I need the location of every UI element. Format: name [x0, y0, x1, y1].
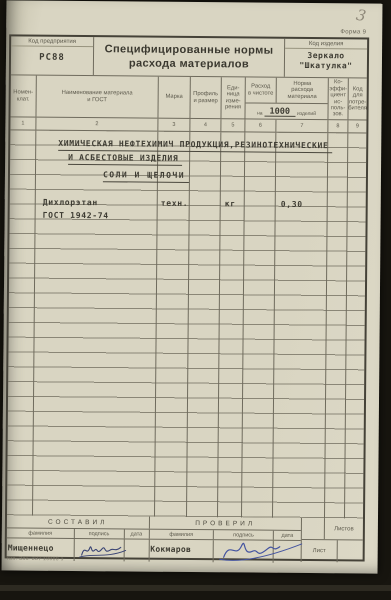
col-header-label: Ко- эффи- циент ис- поль- зов.: [329, 79, 347, 118]
sheet-row: Лист: [302, 540, 363, 563]
empty-cell: [338, 540, 363, 562]
material-name-cell: Дихлорэтан: [43, 199, 98, 207]
checked-by-name-cell: Кокмаров: [149, 540, 214, 563]
col-number: 1: [10, 117, 36, 129]
compiled-by-name: Мищеннецо: [8, 543, 54, 552]
material-gost-cell: ГОСТ 1942-74: [43, 212, 109, 221]
grid-line: [241, 132, 245, 517]
col-header-usage-coefficient: Ко- эффи- циент ис- поль- зов.: [328, 78, 348, 119]
col-header-material-name: Наименование материала и ГОСТ: [36, 76, 158, 118]
col-number: 9: [348, 120, 366, 132]
empty-cell: [302, 518, 325, 539]
sheets-label: Листов: [325, 518, 363, 539]
per-1000-items-band: на 1000 изделий: [245, 102, 327, 119]
compiled-date-cell: [124, 539, 149, 561]
grid-line: [217, 132, 221, 517]
signature-footer: СОСТАВИЛ ПРОВЕРИЛ фамилия подпись дата ф…: [7, 515, 363, 562]
material-unit-cell: кг: [225, 200, 236, 208]
checked-by-name: Кокмаров: [150, 545, 191, 554]
col-header-grade: Марка: [158, 77, 190, 118]
col-header-label: Код для потре- бителя: [348, 86, 366, 112]
signature-footer-left: СОСТАВИЛ ПРОВЕРИЛ фамилия подпись дата ф…: [7, 515, 302, 562]
col-header-label: Профиль и размер: [193, 91, 218, 104]
material-grade-cell: техн.: [161, 200, 189, 208]
handwritten-page-number: 3: [355, 6, 368, 25]
col-header-label: Еди- ница изме- рения: [225, 85, 241, 111]
surname-label: фамилия: [149, 530, 214, 540]
grid-line: [272, 133, 276, 518]
grid-line: [186, 132, 190, 517]
material-norm-cell: 0,30: [281, 201, 303, 209]
signature-label: подпись: [214, 530, 274, 540]
form-header-band: Код предприятия РС88 Специфицированные н…: [11, 36, 367, 78]
per-items-typed-value: 1000: [265, 107, 296, 117]
col-number: 3: [158, 119, 190, 131]
enterprise-code-value: РС88: [11, 52, 93, 63]
sheets-row: Листов: [302, 518, 363, 541]
surname-label: фамилия: [7, 528, 75, 538]
col-header-label: Расход в чистоте: [248, 83, 273, 96]
col-header-consumer-code: Код для потре- бителя: [348, 78, 366, 119]
column-header-row: Номен- клат. Наименование материала и ГО…: [10, 75, 366, 120]
col-header-label: Наименование материала и ГОСТ: [62, 90, 133, 104]
print-imprint: тип. Зак. 337 10000 э: [7, 556, 64, 562]
date-label: дата: [274, 531, 301, 540]
scan-background: 3 Форма 9 Код предприятия РС88 Специфици…: [0, 0, 391, 600]
col-header-label: Норма расхода материала: [288, 81, 317, 101]
title-box: Специфицированные нормы расхода материал…: [94, 37, 284, 77]
sheet-label: Лист: [302, 540, 338, 562]
checked-signature-cell: [214, 540, 274, 563]
col-number: 2: [36, 118, 158, 131]
norms-form-table: Код предприятия РС88 Специфицированные н…: [5, 34, 370, 561]
page-edge-shadow: [0, 585, 391, 591]
per-items-suffix: изделий: [297, 111, 316, 117]
category-heading-line2: И АСБЕСТОВЫЕ ИЗДЕЛИЯ: [68, 154, 182, 166]
col-header-consumption-norm: Норма расхода материала: [277, 78, 328, 103]
enterprise-code-box: Код предприятия РС88: [11, 36, 94, 75]
checked-date-cell: [274, 541, 301, 563]
sheet-count-block: Листов Лист: [302, 518, 363, 563]
col-header-consumption-group: Расход в чистоте Норма расхода материала…: [245, 77, 328, 119]
grid-line: [32, 131, 36, 516]
col-header-nomenclature: Номен- клат.: [10, 75, 36, 116]
grid-line: [154, 132, 158, 517]
compiled-signature-cell: [74, 539, 124, 561]
document-paper: 3 Форма 9 Код предприятия РС88 Специфици…: [2, 0, 383, 573]
col-number: 6: [245, 119, 276, 131]
col-number: 8: [328, 120, 348, 132]
compiled-by-label: СОСТАВИЛ: [7, 515, 150, 528]
signature-label: подпись: [75, 529, 125, 538]
document-title: Специфицированные нормы расхода материал…: [94, 42, 284, 72]
date-label: дата: [124, 529, 149, 538]
table-body-grid: ХИМИЧЕСКАЯ НЕФТЕХИМИЧ ПРОДУКЦИЯ,РЕЗИНОТЕ…: [7, 130, 366, 518]
grid-line: [344, 133, 348, 518]
col-header-label: Марка: [166, 94, 183, 101]
col-header-unit: Еди- ница изме- рения: [221, 77, 245, 118]
col-number: 4: [190, 119, 221, 131]
col-header-profile-size: Профиль и размер: [190, 77, 221, 118]
grid-line: [324, 133, 328, 518]
col-header-label: Номен- клат.: [13, 89, 33, 102]
enterprise-code-label: Код предприятия: [11, 36, 93, 47]
subcategory-heading: СОЛИ И ЩЕЛОЧИ: [103, 171, 189, 183]
per-items-prefix: на: [257, 111, 263, 117]
compiled-signature-ink: [76, 539, 128, 561]
product-name-value: Зеркало "Шкатулка": [285, 51, 367, 72]
category-heading-line1: ХИМИЧЕСКАЯ НЕФТЕХИМИЧ ПРОДУКЦИЯ,РЕЗИНОТЕ…: [58, 140, 332, 153]
product-code-box: Код изделия Зеркало "Шкатулка": [284, 39, 367, 78]
checked-by-label: ПРОВЕРИЛ: [149, 517, 301, 530]
col-number: 7: [276, 120, 328, 132]
col-number: 5: [221, 119, 245, 131]
col-header-net-consumption: Расход в чистоте: [246, 77, 277, 102]
product-code-label: Код изделия: [285, 39, 367, 50]
consumption-group-top: Расход в чистоте Норма расхода материала: [246, 77, 328, 103]
form-number-label: Форма 9: [340, 29, 366, 35]
